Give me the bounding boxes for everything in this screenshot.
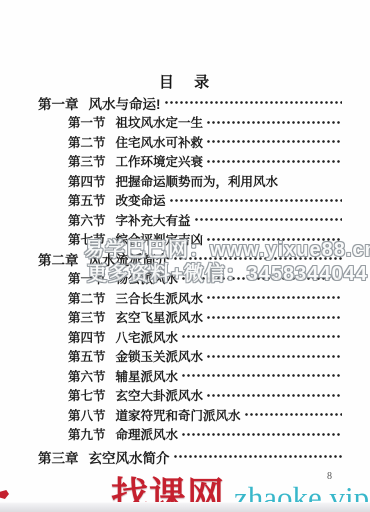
toc-row: 第一章 风水与命运! xyxy=(38,93,342,113)
toc-entry-label: 第三章 xyxy=(38,447,79,467)
page-number: 8 xyxy=(327,471,332,482)
toc-row: 第五节 改变命运 xyxy=(68,191,342,211)
dot-leader xyxy=(181,425,342,445)
toc-entry-title: 八宅派风水 xyxy=(116,328,179,346)
toc-entry-label: 第二节 xyxy=(68,289,106,307)
toc-row: 第六节 辅星派风水 xyxy=(68,366,342,386)
toc-entry-label: 第七节 xyxy=(68,386,106,404)
toc-entry-label: 第六节 xyxy=(68,211,106,229)
toc-entry-title: 改变命运 xyxy=(116,191,166,209)
toc-row: 第三章 玄空风水简介 xyxy=(38,447,342,467)
toc-entry-title: 工作环境定兴衰 xyxy=(116,152,204,170)
dot-leader xyxy=(206,152,342,172)
toc-page-title: 目 录 xyxy=(0,71,370,92)
toc-entry-title: 玄空飞星派风水 xyxy=(116,308,204,326)
toc-row: 第八节 道家符咒和奇门派风水 xyxy=(68,405,342,425)
toc-row: 第二节 住宅风水可补救 xyxy=(68,132,342,152)
toc-row: 第二节 三合长生派风水 xyxy=(68,288,342,308)
bottom-strip xyxy=(0,502,370,512)
toc-entry-label: 第三节 xyxy=(68,308,106,326)
dot-leader xyxy=(206,308,342,328)
scanned-toc-page: 目 录 第一章 风水与命运! 第一节 祖坟风水定一生 第二节 住宅风水可补救 第… xyxy=(0,0,370,512)
watermark-contact-wechat: 更多资料+微信：3458344044 xyxy=(87,257,368,286)
toc-entry-label: 第五节 xyxy=(68,347,106,365)
toc-entry-title: 风水与命运! xyxy=(89,93,161,113)
toc-entry-label: 第一章 xyxy=(38,93,79,113)
toc-row: 第五节 金锁玉关派风水 xyxy=(68,347,342,367)
toc-entry-label: 第六节 xyxy=(68,367,106,385)
dot-leader xyxy=(181,366,342,386)
dot-leader xyxy=(206,132,342,152)
dot-leader xyxy=(173,447,343,467)
toc-entry-label: 第二节 xyxy=(68,133,106,151)
toc-entry-label: 第二章 xyxy=(38,249,79,269)
toc-entry-title: 金锁玉关派风水 xyxy=(116,347,204,365)
toc-entry-title: 命理派风水 xyxy=(116,425,179,443)
toc-entry-title: 三合长生派风水 xyxy=(116,289,204,307)
toc-entry-label: 第五节 xyxy=(68,191,106,209)
red-stamp-fragment xyxy=(0,490,9,499)
toc-entry-title: 住宅风水可补救 xyxy=(116,133,204,151)
toc-row: 第三节 工作环境定兴衰 xyxy=(68,152,342,172)
toc-entry-title: 道家符咒和奇门派风水 xyxy=(116,406,241,424)
toc-entry-label: 第四节 xyxy=(68,172,106,190)
dot-leader xyxy=(206,113,342,133)
toc-entry-title: 辅星派风水 xyxy=(116,367,179,385)
toc-row: 第六节 字补充大有益 xyxy=(68,210,342,230)
dot-leader xyxy=(244,405,342,425)
toc-entry-title: 把握命运顺势而为，利用风水 xyxy=(116,172,279,190)
toc-entry-title: 玄空大卦派风水 xyxy=(116,386,204,404)
dot-leader xyxy=(206,288,342,308)
toc-row: 第七节 玄空大卦派风水 xyxy=(68,386,342,406)
toc-entry-label: 第九节 xyxy=(68,425,106,443)
dot-leader xyxy=(181,327,342,347)
toc-entry-title: 字补充大有益 xyxy=(116,211,191,229)
dot-leader xyxy=(164,93,343,113)
toc-entry-title: 玄空风水简介 xyxy=(89,447,170,467)
toc-row: 第四节 八宅派风水 xyxy=(68,327,342,347)
toc-row: 第九节 命理派风水 xyxy=(68,425,342,445)
dot-leader xyxy=(206,347,342,367)
dot-leader xyxy=(194,210,342,230)
dot-leader xyxy=(206,386,342,406)
toc-entry-label: 第一节 xyxy=(68,113,106,131)
toc-row: 第一节 祖坟风水定一生 xyxy=(68,113,342,133)
toc-row: 第四节 把握命运顺势而为，利用风水 xyxy=(68,171,342,191)
toc-entry-label: 第八节 xyxy=(68,406,106,424)
toc-row: 第三节 玄空飞星派风水 xyxy=(68,308,342,328)
toc-entry-label: 第三节 xyxy=(68,152,106,170)
toc-entry-title: 祖坟风水定一生 xyxy=(116,113,204,131)
dot-leader xyxy=(169,191,342,211)
toc-entry-label: 第四节 xyxy=(68,328,106,346)
